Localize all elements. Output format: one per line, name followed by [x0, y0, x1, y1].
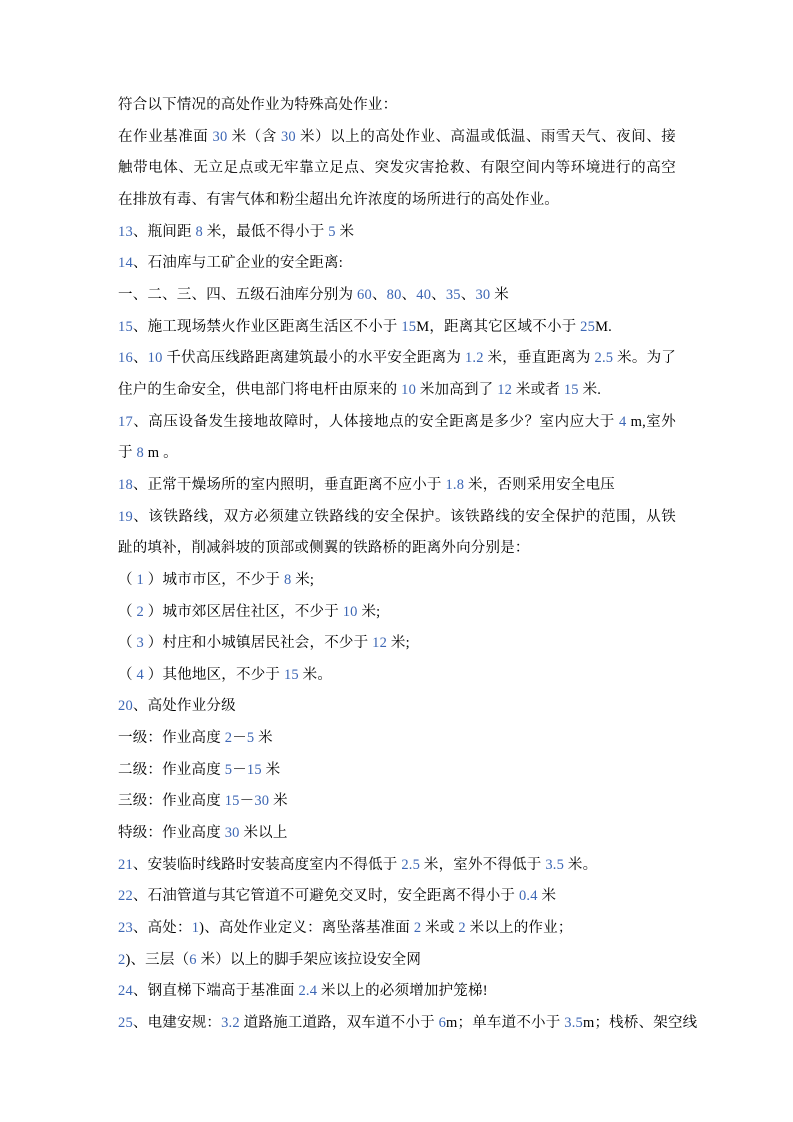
numeral: 15: [247, 762, 262, 778]
numeral: 60: [357, 287, 372, 303]
numeral: 24: [118, 983, 133, 999]
numeral: 15: [284, 667, 299, 683]
text-line: 2)、三层（6 米）以上的脚手架应该拉设安全网: [118, 945, 676, 977]
text-line: （ 2 ）城市郊区居住社区，不少于 10 米;: [118, 597, 676, 629]
numeral: 12: [497, 382, 512, 398]
numeral: 5: [328, 224, 335, 240]
text-line: 20、高处作业分级: [118, 691, 676, 723]
text-line: 一、二、三、四、五级石油库分别为 60、80、40、35、30 米: [118, 280, 676, 312]
text-line: 触带电体、无立足点或无牢靠立足点、突发灾害抢救、有限空间内等环境进行的高空作业及: [118, 153, 676, 185]
text-line: 24、钢直梯下端高于基准面 2.4 米以上的必须增加护笼梯!: [118, 976, 676, 1008]
text-line: 13、瓶间距 8 米，最低不得小于 5 米: [118, 217, 676, 249]
numeral: 35: [446, 287, 461, 303]
text-line: 22、石油管道与其它管道不可避免交叉时，安全距离不得小于 0.4 米: [118, 881, 676, 913]
numeral: 1: [192, 920, 199, 936]
numeral: 6: [439, 1015, 446, 1031]
numeral: 0.4: [519, 888, 538, 904]
numeral: 80: [387, 287, 402, 303]
document-content: 符合以下情况的高处作业为特殊高处作业：在作业基准面 30 米（含 30 米）以上…: [118, 90, 676, 1040]
numeral: 18: [118, 477, 133, 493]
text-line: 趾的填补，削减斜坡的顶部或侧翼的铁路桥的距离外向分别是：: [118, 533, 676, 565]
text-line: 一级：作业高度 2－5 米: [118, 723, 676, 755]
text-line: 23、高处：1)、高处作业定义：离坠落基准面 2 米或 2 米以上的作业；: [118, 913, 676, 945]
numeral: 15: [401, 319, 416, 335]
text-line: 25、电建安规：3.2 道路施工道路，双车道不小于 6m；单车道不小于 3.5m…: [118, 1008, 676, 1040]
numeral: 2: [414, 920, 421, 936]
numeral: 22: [118, 888, 133, 904]
numeral: 8: [196, 224, 203, 240]
numeral: 30: [254, 793, 269, 809]
numeral: 1: [137, 572, 144, 588]
numeral: 25: [580, 319, 595, 335]
numeral: 25: [118, 1015, 133, 1031]
numeral: 12: [372, 635, 387, 651]
text-line: 18、正常干燥场所的室内照明，垂直距离不应小于 1.8 米，否则采用安全电压: [118, 470, 676, 502]
numeral: 15: [225, 793, 240, 809]
numeral: 5: [225, 762, 232, 778]
numeral: 30: [225, 825, 240, 841]
numeral: 8: [284, 572, 291, 588]
numeral: 4: [619, 414, 626, 430]
numeral: 2: [225, 730, 232, 746]
numeral: 19: [118, 509, 133, 525]
text-line: 特级：作业高度 30 米以上: [118, 818, 676, 850]
numeral: 20: [118, 698, 133, 714]
numeral: 1.2: [465, 350, 484, 366]
numeral: 3.2: [221, 1015, 240, 1031]
numeral: 30: [475, 287, 490, 303]
numeral: 5: [247, 730, 254, 746]
text-line: （ 1 ）城市市区，不少于 8 米;: [118, 565, 676, 597]
numeral: 15: [564, 382, 579, 398]
text-line: 在作业基准面 30 米（含 30 米）以上的高处作业、高温或低温、雨雪天气、夜间…: [118, 122, 676, 154]
numeral: 23: [118, 920, 133, 936]
text-line: （ 4 ）其他地区，不少于 15 米。: [118, 660, 676, 692]
numeral: 2.4: [298, 983, 317, 999]
text-line: 三级：作业高度 15－30 米: [118, 786, 676, 818]
numeral: 2: [118, 952, 125, 968]
numeral: 3: [137, 635, 144, 651]
text-line: 21、安装临时线路时安装高度室内不得低于 2.5 米，室外不得低于 3.5 米。: [118, 850, 676, 882]
numeral: 1.8: [445, 477, 464, 493]
numeral: 3.5: [545, 857, 564, 873]
document-page: 符合以下情况的高处作业为特殊高处作业：在作业基准面 30 米（含 30 米）以上…: [0, 0, 793, 1122]
text-line: 16、10 千伏高压线路距离建筑最小的水平安全距离为 1.2 米，垂直距离为 2…: [118, 343, 676, 375]
numeral: 14: [118, 255, 133, 271]
numeral: 40: [416, 287, 431, 303]
numeral: 10: [148, 350, 163, 366]
numeral: 2.5: [401, 857, 420, 873]
numeral: 8: [137, 445, 144, 461]
numeral: 3.5: [564, 1015, 583, 1031]
numeral: 16: [118, 350, 133, 366]
text-line: 17、高压设备发生接地故障时，人体接地点的安全距离是多少？室内应大于 4 m,室…: [118, 407, 676, 439]
text-line: 二级：作业高度 5－15 米: [118, 755, 676, 787]
numeral: 13: [118, 224, 133, 240]
numeral: 30: [281, 129, 296, 145]
text-line: 19、该铁路线，双方必须建立铁路线的安全保护。该铁路线的安全保护的范围，从铁路线…: [118, 502, 676, 534]
text-line: 住户的生命安全，供电部门将电杆由原来的 10 米加高到了 12 米或者 15 米…: [118, 375, 676, 407]
numeral: 21: [118, 857, 133, 873]
numeral: 10: [401, 382, 416, 398]
text-line: 于 8 m 。: [118, 438, 676, 470]
numeral: 17: [118, 414, 133, 430]
numeral: 2: [137, 604, 144, 620]
numeral: 6: [189, 952, 196, 968]
text-line: （ 3 ）村庄和小城镇居民社会，不少于 12 米;: [118, 628, 676, 660]
text-line: 15、施工现场禁火作业区距离生活区不小于 15M，距离其它区域不小于 25M.: [118, 312, 676, 344]
numeral: 30: [213, 129, 228, 145]
text-line: 符合以下情况的高处作业为特殊高处作业：: [118, 90, 676, 122]
text-line: 14、石油库与工矿企业的安全距离:: [118, 248, 676, 280]
text-line: 在排放有毒、有害气体和粉尘超出允许浓度的场所进行的高处作业。: [118, 185, 676, 217]
numeral: 4: [137, 667, 144, 683]
numeral: 2.5: [595, 350, 614, 366]
numeral: 15: [118, 319, 133, 335]
numeral: 10: [343, 604, 358, 620]
numeral: 2: [458, 920, 465, 936]
